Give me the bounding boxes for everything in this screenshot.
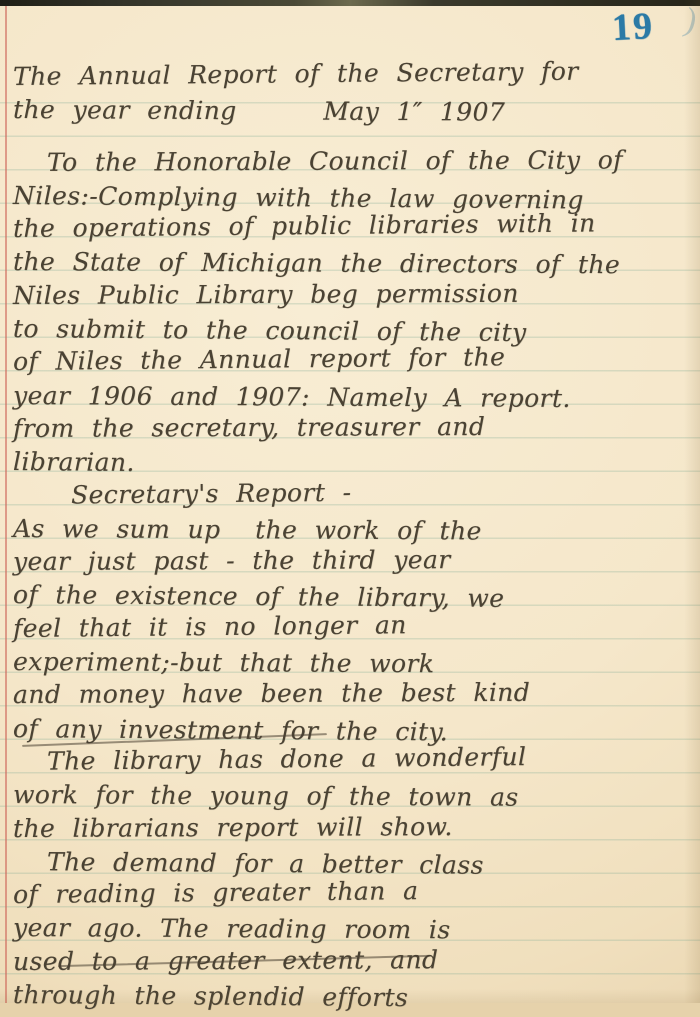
manuscript-line: the operations of public libraries with …: [13, 206, 692, 246]
book-binding-edge: [0, 0, 700, 6]
manuscript-line: The Annual Report of the Secretary for: [13, 53, 692, 93]
red-margin-line: [5, 6, 7, 1003]
manuscript-line: the year ending May 1″ 1907: [13, 93, 692, 130]
manuscript-line: of Niles the Annual report for the: [13, 339, 692, 379]
manuscript-line: the librarians report will show.: [13, 809, 692, 845]
page-number-stamp: 19: [611, 7, 655, 47]
manuscript-line: Secretary's Report -: [13, 472, 692, 512]
page-edge-shadow: [684, 0, 700, 1003]
manuscript-page: 19 ) The Annual Report of the Secretary …: [0, 0, 700, 1003]
page-edge-shadow: [0, 989, 700, 1003]
manuscript-line: from the secretary, treasurer and: [13, 409, 692, 445]
manuscript-line: of reading is greater than a: [13, 872, 692, 912]
manuscript-line: year just past - the third year: [13, 542, 692, 578]
manuscript-line: used to a greater extent, and: [13, 942, 692, 978]
manuscript-text: The Annual Report of the Secretary forth…: [13, 60, 692, 1003]
manuscript-line: Niles Public Library beg permission: [13, 276, 692, 312]
manuscript-line: The library has done a wonderful: [13, 738, 692, 778]
manuscript-line: and money have been the best kind: [13, 675, 692, 711]
manuscript-line: To the Honorable Council of the City of: [13, 143, 692, 179]
manuscript-line: feel that it is no longer an: [13, 605, 692, 645]
